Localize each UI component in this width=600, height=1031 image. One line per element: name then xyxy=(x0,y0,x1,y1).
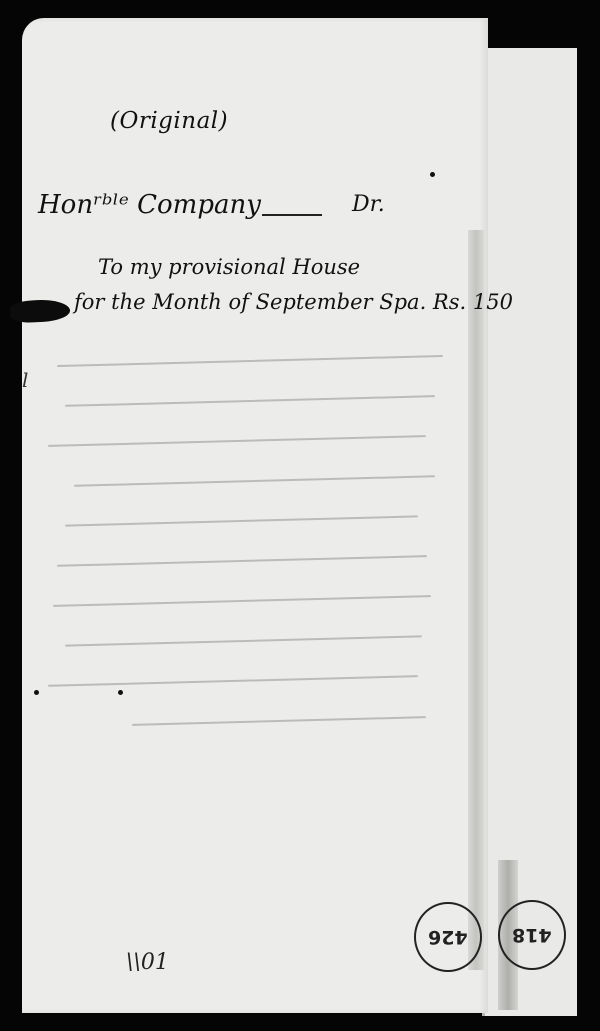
folio-stamp: 426 xyxy=(414,902,482,972)
ink-dot xyxy=(34,690,39,695)
bleed-through-text xyxy=(40,360,460,780)
salutation: Honʳᵇˡᵉ Company xyxy=(38,190,261,220)
folio-stamp: 418 xyxy=(498,900,566,970)
body-line-2: for the Month of September Spa. Rs. 150 xyxy=(74,290,513,314)
ink-dot xyxy=(430,172,435,177)
debtor-abbrev: Dr. xyxy=(352,192,385,217)
fold-shadow xyxy=(468,230,484,970)
tally-mark: \\01 xyxy=(126,950,169,975)
folio-number: 426 xyxy=(428,926,468,948)
body-line-1: To my provisional House xyxy=(98,255,360,279)
margin-mark: l xyxy=(22,368,28,392)
back-sheet xyxy=(482,48,577,1016)
dash-rule xyxy=(262,214,322,216)
ink-dot xyxy=(118,690,123,695)
original-note: (Original) xyxy=(110,108,228,134)
folio-number: 418 xyxy=(512,924,552,946)
